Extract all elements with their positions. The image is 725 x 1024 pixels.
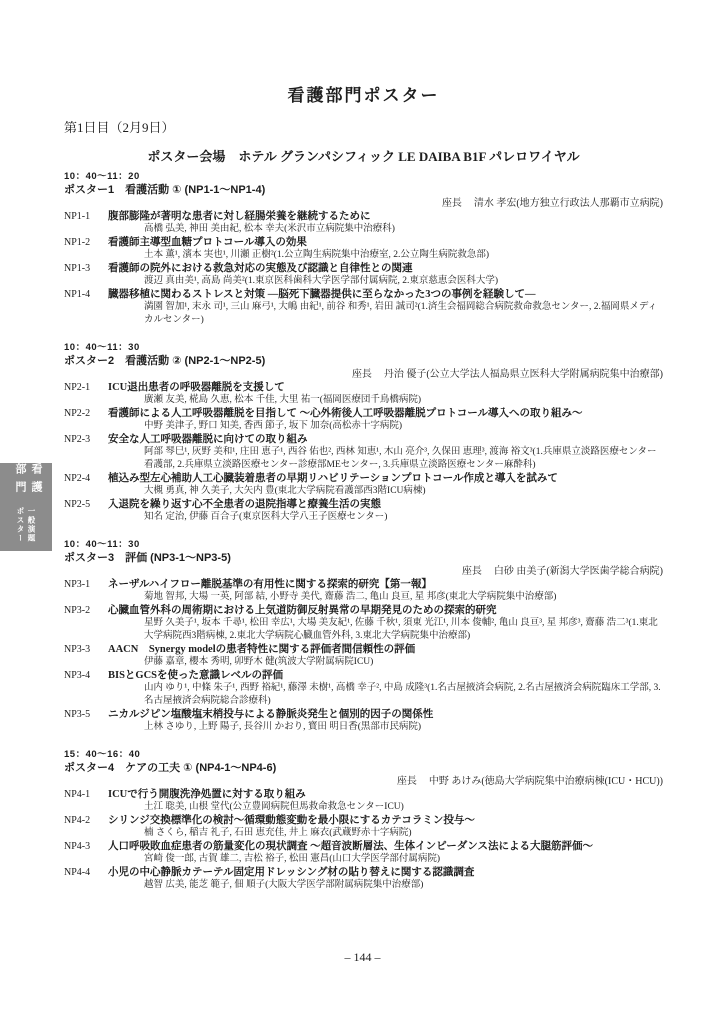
poster-authors: 星野 久美子¹, 坂本 千尋¹, 松田 幸広¹, 大場 美友紀¹, 佐藤 千秋¹… <box>64 617 663 643</box>
session-header: ポスター1 看護活動 ① (NP1-1～NP1-4) <box>64 183 663 197</box>
session-header: ポスター2 看護活動 ② (NP2-1～NP2-5) <box>64 354 663 368</box>
poster-title: 心臓血管外科の周術期における上気道防御反射異常の早期発見のための探索的研究 <box>108 604 663 617</box>
session-header: ポスター3 評価 (NP3-1～NP3-5) <box>64 551 663 565</box>
poster-title: 看護師による人工呼吸器離脱を目指して ～心外術後人工呼吸器離脱プロトコール導入へ… <box>108 407 663 420</box>
poster-entry: NP4-1ICUで行う開腹洗浄処置に対する取り組み土江 聡美, 山根 堂代(公立… <box>64 788 663 814</box>
poster-authors: 知名 定治, 伊藤 百合子(東京医科大学八王子医療センター) <box>64 511 663 524</box>
poster-title: 植込み型左心補助人工心臓装着患者の早期リハビリテーションプロトコール作成と導入を… <box>108 472 663 485</box>
session-block: 15：40～16：40ポスター4 ケアの工夫 ① (NP4-1～NP4-6)座長… <box>64 748 663 892</box>
poster-title: 臓器移植に関わるストレスと対策 ―脳死下臓器提供に至らなかった3つの事例を経験し… <box>108 288 663 301</box>
chair-label: 座長 <box>442 198 462 209</box>
entry-title-row: NP2-3安全な人工呼吸器離脱に向けての取り組み <box>64 433 663 446</box>
poster-entry: NP3-3AACN Synergy modelの患者特性に関する評価者間信頼性の… <box>64 643 663 669</box>
entry-title-row: NP3-5ニカルジピン塩酸塩末梢投与による静脈炎発生と個別的因子の関係性 <box>64 708 663 721</box>
entry-title-row: NP4-2シリンジ交換標準化の検討～循環動態変動を最小限にするカテコラミン投与～ <box>64 814 663 827</box>
poster-authors: 土江 聡美, 山根 堂代(公立豊岡病院但馬救命救急センターICU) <box>64 801 663 814</box>
chair-label: 座長 <box>462 566 482 577</box>
poster-title: シリンジ交換標準化の検討～循環動態変動を最小限にするカテコラミン投与～ <box>108 814 663 827</box>
entry-title-row: NP3-3AACN Synergy modelの患者特性に関する評価者間信頼性の… <box>64 643 663 656</box>
entry-title-row: NP4-4小児の中心静脈カテーテル固定用ドレッシング材の貼り替えに関する認識調査 <box>64 866 663 879</box>
poster-title: ニカルジピン塩酸塩末梢投与による静脈炎発生と個別的因子の関係性 <box>108 708 663 721</box>
session-chair: 座長丹治 優子(公立大学法人福島県立医科大学附属病院集中治療部) <box>64 368 663 381</box>
poster-code: NP2-1 <box>64 381 108 394</box>
poster-code: NP2-3 <box>64 433 108 446</box>
poster-entry: NP2-3安全な人工呼吸器離脱に向けての取り組み阿部 琴巳¹, 灰野 美和¹, … <box>64 433 663 472</box>
poster-entry: NP1-1腹部膨隆が著明な患者に対し経腸栄養を継続するために高橋 弘美, 神田 … <box>64 210 663 236</box>
poster-authors: 伊藤 嘉章, 櫻本 秀明, 卯野木 健(筑波大学附属病院ICU) <box>64 656 663 669</box>
poster-authors: 菊地 智邦, 大場 一英, 阿部 結, 小野寺 美代, 齋藤 浩二, 亀山 良亘… <box>64 591 663 604</box>
entry-title-row: NP3-4BISとGCSを使った意識レベルの評価 <box>64 669 663 682</box>
poster-code: NP1-3 <box>64 262 108 275</box>
poster-authors: 満園 智加¹, 末永 司¹, 三山 麻弓¹, 大嶋 由紀¹, 前谷 和秀¹, 岩… <box>64 301 663 327</box>
poster-entry: NP4-3人口呼吸敗血症患者の筋量変化の現状調査 ～超音波断層法、生体インピーダ… <box>64 840 663 866</box>
entry-title-row: NP1-4臓器移植に関わるストレスと対策 ―脳死下臓器提供に至らなかった3つの事… <box>64 288 663 301</box>
venue-heading: ポスター会場 ホテル グランパシフィック LE DAIBA B1F パレロワイヤ… <box>64 148 663 165</box>
entry-title-row: NP1-2看護師主導型血糖プロトコール導入の効果 <box>64 236 663 249</box>
session-block: 10：40～11：20ポスター1 看護活動 ① (NP1-1～NP1-4)座長清… <box>64 170 663 327</box>
poster-title: 小児の中心静脈カテーテル固定用ドレッシング材の貼り替えに関する認識調査 <box>108 866 663 879</box>
poster-title: AACN Synergy modelの患者特性に関する評価者間信頼性の評価 <box>108 643 663 656</box>
poster-code: NP3-4 <box>64 669 108 682</box>
entry-title-row: NP1-1腹部膨隆が著明な患者に対し経腸栄養を継続するために <box>64 210 663 223</box>
entry-title-row: NP2-2看護師による人工呼吸器離脱を目指して ～心外術後人工呼吸器離脱プロトコ… <box>64 407 663 420</box>
page-content: 看護部門ポスター 第1日目（2月9日） ポスター会場 ホテル グランパシフィック… <box>0 0 725 892</box>
poster-title: 人口呼吸敗血症患者の筋量変化の現状調査 ～超音波断層法、生体インピーダンス法によ… <box>108 840 663 853</box>
session-list: 10：40～11：20ポスター1 看護活動 ① (NP1-1～NP1-4)座長清… <box>64 170 663 892</box>
poster-code: NP1-1 <box>64 210 108 223</box>
entry-title-row: NP2-1ICU退出患者の呼吸器離脱を支援して <box>64 381 663 394</box>
poster-authors: 山内 ゆり¹, 中條 朱子¹, 西野 裕紀¹, 藤澤 未樹¹, 高橋 幸子², … <box>64 682 663 708</box>
poster-entry: NP2-2看護師による人工呼吸器離脱を目指して ～心外術後人工呼吸器離脱プロトコ… <box>64 407 663 433</box>
poster-code: NP3-1 <box>64 578 108 591</box>
chair-name: 白砂 由美子(新潟大学医歯学総合病院) <box>494 566 663 577</box>
poster-authors: 大槻 勇真, 神 久美子, 大矢内 豊(東北大学病院看護部西3階ICU病棟) <box>64 485 663 498</box>
poster-code: NP3-2 <box>64 604 108 617</box>
poster-title: ICU退出患者の呼吸器離脱を支援して <box>108 381 663 394</box>
poster-code: NP1-4 <box>64 288 108 301</box>
poster-code: NP1-2 <box>64 236 108 249</box>
poster-entry: NP1-3看護師の院外における救急対応の実態及び認識と自律性との関連渡辺 真由美… <box>64 262 663 288</box>
poster-authors: 宮崎 俊一郎, 古賀 雄二, 吉松 裕子, 松田 憲昌(山口大学医学部付属病院) <box>64 853 663 866</box>
poster-authors: 土本 薫¹, 濱本 実也¹, 川瀬 正樹²(1.公立陶生病院集中治療室, 2.公… <box>64 249 663 262</box>
page-title: 看護部門ポスター <box>64 86 663 106</box>
entry-title-row: NP3-1ネーザルハイフロー離脱基準の有用性に関する探索的研究【第一報】 <box>64 578 663 591</box>
poster-title: ICUで行う開腹洗浄処置に対する取り組み <box>108 788 663 801</box>
poster-authors: 中野 美津子, 野口 知美, 香西 節子, 坂下 加奈(高松赤十字病院) <box>64 420 663 433</box>
sidebar-tab-sub-label: 一般演題ポスター <box>15 507 37 551</box>
poster-entry: NP3-5ニカルジピン塩酸塩末梢投与による静脈炎発生と個別的因子の関係性上林 さ… <box>64 708 663 734</box>
poster-title: ネーザルハイフロー離脱基準の有用性に関する探索的研究【第一報】 <box>108 578 663 591</box>
poster-title: 看護師の院外における救急対応の実態及び認識と自律性との関連 <box>108 262 663 275</box>
poster-code: NP4-1 <box>64 788 108 801</box>
session-time: 10：40～11：20 <box>64 170 663 183</box>
session-block: 10：40～11：30ポスター3 評価 (NP3-1～NP3-5)座長白砂 由美… <box>64 538 663 734</box>
chair-name: 中野 あけみ(徳島大学病院集中治療病棟(ICU・HCU)) <box>429 776 663 787</box>
poster-entry: NP3-4BISとGCSを使った意識レベルの評価山内 ゆり¹, 中條 朱子¹, … <box>64 669 663 708</box>
poster-authors: 越智 広美, 能芝 範子, 佃 順子(大阪大学医学部附属病院集中治療部) <box>64 879 663 892</box>
poster-code: NP4-3 <box>64 840 108 853</box>
sidebar-tab-main-label: 看護部門 <box>12 463 44 507</box>
poster-title: 入退院を繰り返す心不全患者の退院指導と療養生活の実態 <box>108 498 663 511</box>
poster-authors: 廣瀬 友美, 椛島 久恵, 松本 千佳, 大里 祐一(福岡医療団千鳥橋病院) <box>64 394 663 407</box>
poster-entry: NP3-2心臓血管外科の周術期における上気道防御反射異常の早期発見のための探索的… <box>64 604 663 643</box>
chair-name: 丹治 優子(公立大学法人福島県立医科大学附属病院集中治療部) <box>384 369 663 380</box>
session-time: 10：40～11：30 <box>64 341 663 354</box>
poster-entry: NP1-2看護師主導型血糖プロトコール導入の効果土本 薫¹, 濱本 実也¹, 川… <box>64 236 663 262</box>
poster-code: NP2-5 <box>64 498 108 511</box>
session-block: 10：40～11：30ポスター2 看護活動 ② (NP2-1～NP2-5)座長丹… <box>64 341 663 524</box>
sidebar-tab-nursing-section: 看護部門 一般演題ポスター <box>0 463 52 551</box>
poster-title: 看護師主導型血糖プロトコール導入の効果 <box>108 236 663 249</box>
day-heading: 第1日目（2月9日） <box>64 119 663 136</box>
poster-authors: 上林 さゆり, 上野 陽子, 長谷川 かおり, 寳田 明日香(黒部市民病院) <box>64 721 663 734</box>
entry-title-row: NP1-3看護師の院外における救急対応の実態及び認識と自律性との関連 <box>64 262 663 275</box>
poster-entry: NP3-1ネーザルハイフロー離脱基準の有用性に関する探索的研究【第一報】菊地 智… <box>64 578 663 604</box>
poster-code: NP3-5 <box>64 708 108 721</box>
poster-title: 安全な人工呼吸器離脱に向けての取り組み <box>108 433 663 446</box>
poster-title: BISとGCSを使った意識レベルの評価 <box>108 669 663 682</box>
session-header: ポスター4 ケアの工夫 ① (NP4-1～NP4-6) <box>64 761 663 775</box>
entry-title-row: NP2-5入退院を繰り返す心不全患者の退院指導と療養生活の実態 <box>64 498 663 511</box>
poster-authors: 阿部 琴巳¹, 灰野 美和¹, 庄田 恵子¹, 西谷 佑也², 西林 知恵¹, … <box>64 446 663 472</box>
poster-authors: 高橋 弘美, 神田 美由紀, 松本 幸夫(米沢市立病院集中治療科) <box>64 223 663 236</box>
chair-name: 清水 孝宏(地方独立行政法人那覇市立病院) <box>474 198 663 209</box>
session-time: 10：40～11：30 <box>64 538 663 551</box>
page-number: – 144 – <box>0 950 725 964</box>
sidebar-tab-text: 看護部門 一般演題ポスター <box>8 463 44 551</box>
poster-entry: NP2-4植込み型左心補助人工心臓装着患者の早期リハビリテーションプロトコール作… <box>64 472 663 498</box>
poster-code: NP4-2 <box>64 814 108 827</box>
chair-label: 座長 <box>397 776 417 787</box>
entry-title-row: NP2-4植込み型左心補助人工心臓装着患者の早期リハビリテーションプロトコール作… <box>64 472 663 485</box>
session-chair: 座長中野 あけみ(徳島大学病院集中治療病棟(ICU・HCU)) <box>64 775 663 788</box>
chair-label: 座長 <box>352 369 372 380</box>
poster-code: NP3-3 <box>64 643 108 656</box>
poster-code: NP2-2 <box>64 407 108 420</box>
poster-authors: 楠 さくら, 稲吉 礼子, 石田 恵充佳, 井上 麻衣(武蔵野赤十字病院) <box>64 827 663 840</box>
poster-code: NP2-4 <box>64 472 108 485</box>
poster-code: NP4-4 <box>64 866 108 879</box>
poster-entry: NP2-1ICU退出患者の呼吸器離脱を支援して廣瀬 友美, 椛島 久恵, 松本 … <box>64 381 663 407</box>
poster-entry: NP4-4小児の中心静脈カテーテル固定用ドレッシング材の貼り替えに関する認識調査… <box>64 866 663 892</box>
session-chair: 座長清水 孝宏(地方独立行政法人那覇市立病院) <box>64 197 663 210</box>
poster-entry: NP1-4臓器移植に関わるストレスと対策 ―脳死下臓器提供に至らなかった3つの事… <box>64 288 663 327</box>
session-chair: 座長白砂 由美子(新潟大学医歯学総合病院) <box>64 565 663 578</box>
session-time: 15：40～16：40 <box>64 748 663 761</box>
poster-entry: NP4-2シリンジ交換標準化の検討～循環動態変動を最小限にするカテコラミン投与～… <box>64 814 663 840</box>
entry-title-row: NP3-2心臓血管外科の周術期における上気道防御反射異常の早期発見のための探索的… <box>64 604 663 617</box>
poster-title: 腹部膨隆が著明な患者に対し経腸栄養を継続するために <box>108 210 663 223</box>
entry-title-row: NP4-3人口呼吸敗血症患者の筋量変化の現状調査 ～超音波断層法、生体インピーダ… <box>64 840 663 853</box>
poster-entry: NP2-5入退院を繰り返す心不全患者の退院指導と療養生活の実態知名 定治, 伊藤… <box>64 498 663 524</box>
poster-authors: 渡辺 真由美¹, 高島 尚美²(1.東京医科歯科大学医学部付属病院, 2.東京慈… <box>64 275 663 288</box>
entry-title-row: NP4-1ICUで行う開腹洗浄処置に対する取り組み <box>64 788 663 801</box>
